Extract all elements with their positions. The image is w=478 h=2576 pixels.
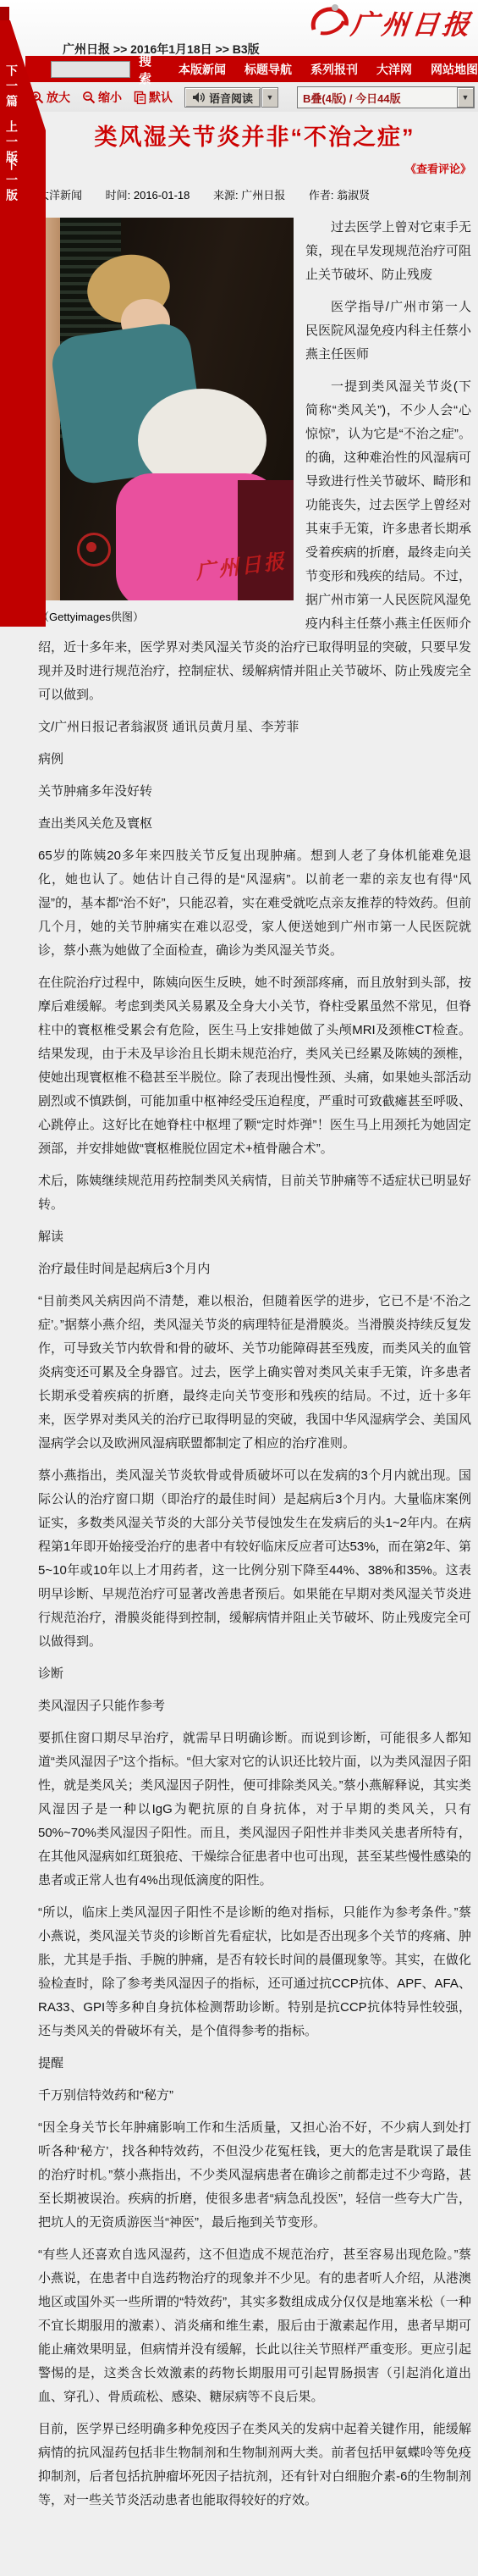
body-paragraph: 术后，陈姨继续规范用药控制类风关病情，目前关节肿痛等不适症状已明显好转。 xyxy=(38,1169,471,1217)
body-paragraph: “目前类风关病因尚不清楚，难以根治，但随着医学的进步，它已不是‘不治之症’。”据… xyxy=(38,1290,471,1456)
body-paragraph: “所以，临床上类风湿因子阳性不是诊断的绝对指标，只能作为参考条件。”蔡小燕说，类… xyxy=(38,1901,471,2043)
body-paragraph: 要抓住窗口期尽早治疗，就需早日明确诊断。而说到诊断，可能很多人都知道“类风湿因子… xyxy=(38,1727,471,1893)
article-figure: 广州日报 （Gettyimages供图） xyxy=(38,218,294,626)
speaker-icon xyxy=(192,91,206,103)
article: 类风湿关节炎并非“不治之症” 《查看评论》 大洋新闻 时间: 2016-01-1… xyxy=(38,119,471,2521)
section-headline: 治疗最佳时间是起病后3个月内 xyxy=(38,1258,471,1281)
body-paragraph: 65岁的陈姨20多年来四肢关节反复出现肿痛。想到人老了身体机能难免退化，她也认了… xyxy=(38,844,471,963)
search-button[interactable]: 搜索 xyxy=(139,52,160,87)
body-paragraph: “有些人还喜欢自选风湿药，这不但造成不规范治疗，甚至容易出现危险。”蔡小燕说，在… xyxy=(38,2243,471,2409)
next-article-link[interactable]: 下一篇 xyxy=(3,64,20,110)
section-kicker-case: 病例 xyxy=(38,748,471,771)
body-paragraph: “因全身关节长年肿痛影响工作和生活质量，又担心治不好，不少病人到处打听各种‘秘方… xyxy=(38,2116,471,2235)
meta-source: 来源: 广州日报 xyxy=(213,189,285,202)
nav-item-xlbk[interactable]: 系列报刊 xyxy=(310,61,358,78)
zoom-in-label: 放大 xyxy=(47,89,70,106)
byline: 文/广州日报记者翁淑贤 通讯员黄月星、李芳菲 xyxy=(38,716,471,739)
nav-item-wzdt[interactable]: 网站地图 xyxy=(431,61,478,78)
article-title: 类风湿关节炎并非“不治之症” xyxy=(38,119,471,152)
voice-dropdown-arrow[interactable]: ▼ xyxy=(261,87,278,108)
edition-select-value: B叠(4版) / 今日44版 xyxy=(298,90,456,106)
nav-item-btdh[interactable]: 标题导航 xyxy=(244,61,292,78)
section-headline: 查出类风关危及寰枢 xyxy=(38,812,471,836)
section-headline: 关节肿痛多年没好转 xyxy=(38,780,471,804)
logo-text: 广州日报 xyxy=(349,3,475,42)
nav-item-dyw[interactable]: 大洋网 xyxy=(376,61,412,78)
magnifier-minus-icon xyxy=(82,91,96,104)
edition-dropdown-arrow[interactable]: ▼ xyxy=(457,87,474,108)
side-ribbon: 下一篇 上一版 下一版 xyxy=(0,20,46,627)
voice-read-label: 语音阅读 xyxy=(209,90,253,106)
page-toolbar: 放大 缩小 默认 语音阅读 ▼ B叠(4版) / 今日44版 ▼ xyxy=(30,83,475,112)
zoom-out-label: 缩小 xyxy=(98,89,122,106)
view-comments-link[interactable]: 《查看评论》 xyxy=(38,160,471,176)
article-photo: 广州日报 xyxy=(38,218,294,600)
section-headline: 千万别信特效药和“秘方” xyxy=(38,2084,471,2108)
voice-read-button[interactable]: 语音阅读 xyxy=(184,87,261,108)
newspaper-logo[interactable]: 广州日报 xyxy=(307,3,473,42)
section-headline: 类风湿因子只能作参考 xyxy=(38,1694,471,1718)
section-kicker-diagnosis: 诊断 xyxy=(38,1662,471,1686)
search-input[interactable] xyxy=(51,61,130,78)
next-page-link[interactable]: 下一版 xyxy=(3,158,20,204)
document-icon xyxy=(134,91,146,104)
photo-chair xyxy=(238,480,294,600)
body-paragraph: 目前，医学界已经明确多种免疫因子在类风关的发病中起着关键作用，能缓解病情的抗风湿… xyxy=(38,2418,471,2512)
default-view-button[interactable]: 默认 xyxy=(134,89,173,106)
section-kicker-interpretation: 解读 xyxy=(38,1225,471,1249)
meta-time: 时间: 2016-01-18 xyxy=(106,189,190,202)
photo-caption: （Gettyimages供图） xyxy=(38,600,294,626)
meta-author: 作者: 翁淑贤 xyxy=(309,189,370,202)
breadcrumb[interactable]: 广州日报 >> 2016年1月18日 >> B3版 xyxy=(63,41,260,58)
default-view-label: 默认 xyxy=(149,89,173,106)
body-paragraph: 在住院治疗过程中，陈姨向医生反映，她不时颈部疼痛，而且放射到头部，按摩后难缓解。… xyxy=(38,971,471,1161)
article-body: 广州日报 （Gettyimages供图） 过去医学上曾对它束手无策，现在早发现规… xyxy=(38,216,471,2512)
logo-swoosh-icon xyxy=(307,4,351,41)
nav-item-bbxw[interactable]: 本版新闻 xyxy=(179,61,226,78)
article-meta: 大洋新闻 时间: 2016-01-18 来源: 广州日报 作者: 翁淑贤 xyxy=(38,186,471,202)
zoom-out-button[interactable]: 缩小 xyxy=(82,89,122,106)
main-navbar: 搜索 本版新闻 标题导航 系列报刊 大洋网 网站地图 xyxy=(25,56,478,82)
section-kicker-reminder: 提醒 xyxy=(38,2052,471,2076)
body-paragraph: 蔡小燕指出，类风湿关节炎软骨或骨质破坏可以在发病的3个月内就出现。国际公认的治疗… xyxy=(38,1464,471,1654)
photo-watermark-logo-icon xyxy=(77,533,111,567)
edition-select[interactable]: B叠(4版) / 今日44版 ▼ xyxy=(297,86,475,108)
